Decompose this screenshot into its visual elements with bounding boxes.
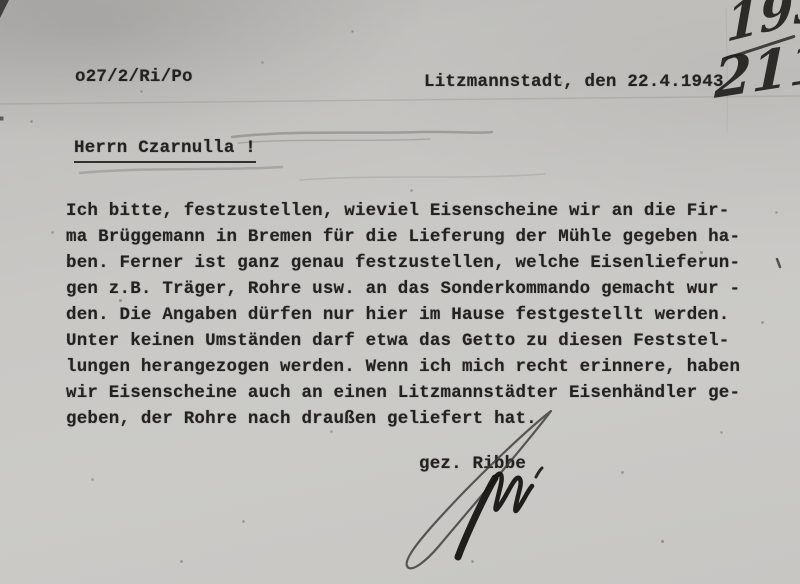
body-line-7: lungen herangezogen werden. Wenn ich mic…	[66, 354, 766, 380]
document-page: o27/2/Ri/Po Litzmannstadt, den 22.4.1943…	[0, 0, 800, 584]
body-line-5: den. Die Angaben dürfen nur hier im Haus…	[66, 302, 766, 328]
body-line-2: ma Brüggemann in Bremen für die Lieferun…	[66, 224, 766, 250]
body-line-1: Ich bitte, festzustellen, wieviel Eisens…	[66, 198, 766, 224]
body-line-8: wir Eisenscheine auch an einen Litzmanns…	[66, 380, 766, 406]
paper-speckles	[0, 0, 1, 1]
body-line-4: gen z.B. Träger, Rohre usw. an das Sonde…	[66, 276, 766, 302]
body-line-3: ben. Ferner ist ganz genau festzustellen…	[66, 250, 766, 276]
body-line-6: Unter keinen Umständen darf etwa das Get…	[66, 328, 766, 354]
letter-body: Ich bitte, festzustellen, wieviel Eisens…	[66, 198, 766, 432]
salutation: Herrn Czarnulla !	[74, 138, 256, 163]
dateline: Litzmannstadt, den 22.4.1943	[424, 71, 724, 93]
typed-signature: gez. Ribbe	[419, 452, 526, 476]
scan-corner-artifact	[0, 0, 9, 18]
reference-number: o27/2/Ri/Po	[75, 66, 193, 88]
body-line-9: geben, der Rohre nach draußen geliefert …	[66, 406, 766, 432]
